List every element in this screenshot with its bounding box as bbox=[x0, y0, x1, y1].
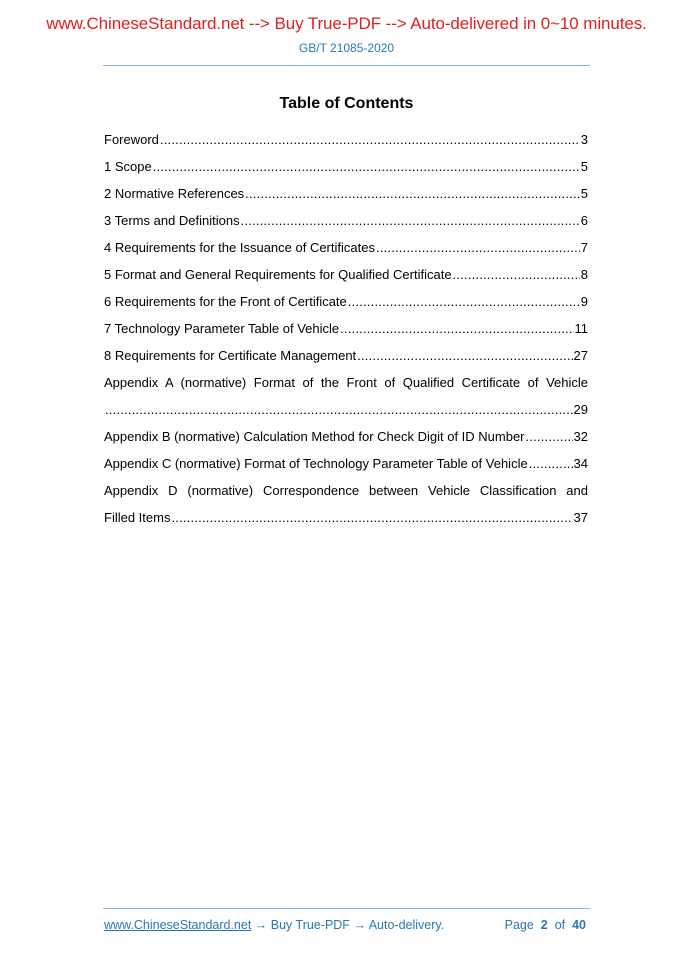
toc-entry-appendix-d-line1[interactable]: Appendix D (normative) Correspondence be… bbox=[104, 477, 588, 504]
promo-banner: www.ChineseStandard.net --> Buy True-PDF… bbox=[0, 14, 693, 34]
chinesestandard-link[interactable]: www.ChineseStandard.net bbox=[104, 918, 251, 932]
toc-entry-appendix-d[interactable]: Filled Items37 bbox=[104, 504, 588, 531]
footer-promo: www.ChineseStandard.net → Buy True-PDF →… bbox=[104, 918, 444, 932]
toc-entry-issuance-requirements[interactable]: 4 Requirements for the Issuance of Certi… bbox=[104, 234, 588, 261]
toc-title: Table of Contents bbox=[0, 95, 693, 113]
toc-entry-terms-definitions[interactable]: 3 Terms and Definitions6 bbox=[104, 207, 588, 234]
toc-entry-front-requirements[interactable]: 6 Requirements for the Front of Certific… bbox=[104, 288, 588, 315]
toc-entry-format-general-requirements[interactable]: 5 Format and General Requirements for Qu… bbox=[104, 261, 588, 288]
toc-entry-technology-parameter-table[interactable]: 7 Technology Parameter Table of Vehicle1… bbox=[104, 315, 588, 342]
table-of-contents: Foreword3 1 Scope5 2 Normative Reference… bbox=[104, 126, 588, 531]
page-footer: www.ChineseStandard.net → Buy True-PDF →… bbox=[104, 918, 586, 932]
standard-code: GB/T 21085-2020 bbox=[0, 41, 693, 55]
current-page: 2 bbox=[541, 918, 548, 932]
toc-entry-appendix-b[interactable]: Appendix B (normative) Calculation Metho… bbox=[104, 423, 588, 450]
toc-entry-appendix-a[interactable]: 29 bbox=[104, 396, 588, 423]
footer-divider bbox=[103, 908, 590, 909]
toc-entry-foreword[interactable]: Foreword3 bbox=[104, 126, 588, 153]
toc-entry-scope[interactable]: 1 Scope5 bbox=[104, 153, 588, 180]
total-pages: 40 bbox=[572, 918, 586, 932]
toc-entry-normative-references[interactable]: 2 Normative References5 bbox=[104, 180, 588, 207]
toc-entry-appendix-a-line1[interactable]: Appendix A (normative) Format of the Fro… bbox=[104, 369, 588, 396]
header-divider bbox=[103, 65, 590, 66]
toc-entry-appendix-c[interactable]: Appendix C (normative) Format of Technol… bbox=[104, 450, 588, 477]
toc-entry-certificate-management[interactable]: 8 Requirements for Certificate Managemen… bbox=[104, 342, 588, 369]
page-indicator: Page 2 of 40 bbox=[505, 918, 586, 932]
footer-tagline: → Buy True-PDF → Auto-delivery. bbox=[251, 918, 444, 932]
